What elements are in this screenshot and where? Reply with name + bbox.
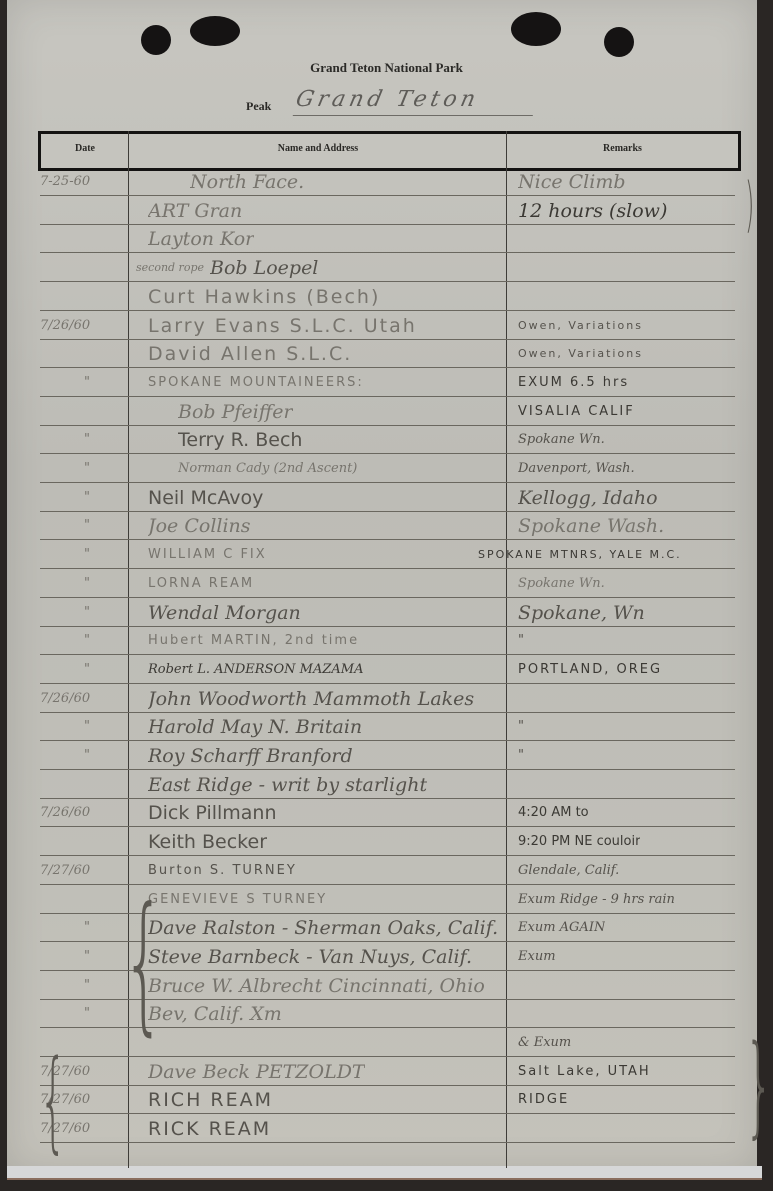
- entry-date: 7/26/60: [40, 315, 90, 337]
- entry-name: Joe Collins: [148, 515, 251, 537]
- entry-name: Wendal Morgan: [148, 602, 301, 624]
- ruled-line: [40, 1113, 735, 1114]
- entry-remarks: Owen, Variations: [518, 315, 643, 337]
- entry-remarks: 12 hours (slow): [518, 200, 667, 222]
- column-header-date: Date: [41, 134, 129, 168]
- entry-name: Larry Evans S.L.C. Utah: [148, 315, 417, 337]
- entry-date: ": [84, 659, 90, 681]
- entry-name: Dave Ralston - Sherman Oaks, Calif.: [148, 917, 498, 939]
- ruled-line: [40, 683, 735, 684]
- bracket-mark: {: [39, 1045, 67, 1155]
- entry-name: Layton Kor: [148, 228, 254, 250]
- column-header-remarks: Remarks: [507, 134, 738, 168]
- ruled-line: [40, 425, 735, 426]
- ruled-line: [40, 539, 735, 540]
- ruled-line: [40, 1142, 735, 1143]
- ruled-line: [40, 597, 735, 598]
- ruled-line: [40, 453, 735, 454]
- entry-name: Neil McAvoy: [148, 487, 263, 509]
- entry-remarks: & Exum: [518, 1032, 571, 1054]
- entry-remarks: Exum AGAIN: [518, 917, 605, 939]
- ruled-line: [40, 482, 735, 483]
- ruled-line: [40, 252, 735, 253]
- entry-name: SPOKANE MOUNTAINEERS:: [148, 372, 364, 394]
- ruled-line: [40, 826, 735, 827]
- page-bottom-edge: [7, 1166, 762, 1180]
- entry-date: ": [84, 1003, 90, 1025]
- ruled-line: [40, 712, 735, 713]
- entry-date: ": [84, 573, 90, 595]
- entry-date: ": [84, 917, 90, 939]
- ruled-line: [40, 367, 735, 368]
- ruled-line: [40, 855, 735, 856]
- table-header: Date Name and Address Remarks: [38, 131, 741, 171]
- entry-date: 7/26/60: [40, 802, 90, 824]
- form-title: Grand Teton National Park: [0, 60, 773, 76]
- entry-date: ": [84, 975, 90, 997]
- ruled-line: [40, 281, 735, 282]
- ruled-line: [40, 1056, 735, 1057]
- peak-label: Peak: [246, 99, 271, 114]
- entry-remarks: Salt Lake, UTAH: [518, 1061, 651, 1083]
- ruled-line: [40, 798, 735, 799]
- entry-name: GENEVIEVE S TURNEY: [148, 889, 327, 911]
- entry-date: ": [84, 429, 90, 451]
- ruled-line: [40, 626, 735, 627]
- entry-name: Harold May N. Britain: [148, 716, 362, 738]
- ruled-line: [40, 769, 735, 770]
- entry-name: RICH REAM: [148, 1089, 273, 1111]
- entry-date: 7/27/60: [40, 860, 90, 882]
- entry-name: John Woodworth Mammoth Lakes: [148, 688, 474, 710]
- entry-remarks: 4:20 AM to: [518, 802, 589, 824]
- entry-remarks: Owen, Variations: [518, 343, 643, 365]
- entry-remarks: ": [518, 716, 524, 738]
- entry-name: WILLIAM C FIX: [148, 544, 267, 566]
- entry-name: East Ridge - writ by starlight: [148, 774, 427, 796]
- entry-name: Norman Cady (2nd Ascent): [178, 458, 357, 480]
- entry-name: Dave Beck PETZOLDT: [148, 1061, 365, 1083]
- ruled-line: [40, 654, 735, 655]
- entry-remarks: Spokane Wash.: [518, 515, 664, 537]
- entry-remarks: Davenport, Wash.: [518, 458, 635, 480]
- ruled-line: [40, 511, 735, 512]
- entry-name: Bob Pfeiffer: [178, 401, 293, 423]
- entry-remarks: SPOKANE MTNRS, YALE M.C.: [478, 544, 682, 566]
- entry-remarks: RIDGE: [518, 1089, 569, 1111]
- binder-hole: [190, 16, 240, 46]
- entry-date: 7/26/60: [40, 688, 90, 710]
- entry-remarks: Exum Ridge - 9 hrs rain: [518, 889, 675, 911]
- entry-date: ": [84, 716, 90, 738]
- entry-name: Roy Scharff Branford: [148, 745, 353, 767]
- entry-remarks: Spokane Wn.: [518, 573, 605, 595]
- entry-name: ART Gran: [148, 200, 242, 222]
- entry-date: ": [84, 372, 90, 394]
- entry-remarks: Nice Climb: [518, 171, 626, 193]
- entry-remarks: Spokane Wn.: [518, 429, 605, 451]
- entry-remarks: Glendale, Calif.: [518, 860, 619, 882]
- entry-date: ": [84, 458, 90, 480]
- entry-remarks: 9:20 PM NE couloir: [518, 831, 640, 853]
- bracket-mark: ): [745, 175, 754, 235]
- entry-date: ": [84, 946, 90, 968]
- entry-name: Bob Loepel: [210, 257, 318, 279]
- entry-note: second rope: [136, 257, 204, 279]
- ruled-line: [40, 339, 735, 340]
- entry-name: Curt Hawkins (Bech): [148, 286, 380, 308]
- entry-date: ": [84, 515, 90, 537]
- entry-name: Steve Barnbeck - Van Nuys, Calif.: [148, 946, 472, 968]
- entry-date: ": [84, 544, 90, 566]
- entry-name: David Allen S.L.C.: [148, 343, 352, 365]
- entry-remarks: Kellogg, Idaho: [518, 487, 658, 509]
- entry-remarks: EXUM 6.5 hrs: [518, 372, 629, 394]
- entry-remarks: ": [518, 630, 524, 652]
- entry-name: Dick Pillmann: [148, 802, 277, 824]
- entry-date: ": [84, 745, 90, 767]
- ruled-line: [40, 568, 735, 569]
- entry-name: Bruce W. Albrecht Cincinnati, Ohio: [148, 975, 485, 997]
- binder-hole: [141, 25, 171, 55]
- ruled-line: [40, 1085, 735, 1086]
- entry-date: ": [84, 630, 90, 652]
- bracket-mark: }: [745, 1030, 773, 1140]
- entry-remarks: Exum: [518, 946, 556, 968]
- entry-name: Burton S. TURNEY: [148, 860, 297, 882]
- entry-date: ": [84, 602, 90, 624]
- entry-name: Bev, Calif. Xm: [148, 1003, 282, 1025]
- entry-name: RICK REAM: [148, 1118, 271, 1140]
- entry-name: North Face.: [190, 171, 304, 193]
- binder-hole: [604, 27, 634, 57]
- entry-remarks: VISALIA CALIF: [518, 401, 635, 423]
- entry-name: Terry R. Bech: [178, 429, 302, 451]
- entry-date: 7-25-60: [40, 171, 90, 193]
- entry-remarks: ": [518, 745, 524, 767]
- ruled-line: [40, 310, 735, 311]
- ruled-line: [40, 740, 735, 741]
- ruled-line: [40, 195, 735, 196]
- entry-name: Keith Becker: [148, 831, 267, 853]
- ruled-line: [40, 224, 735, 225]
- remarks-column-divider: [506, 131, 507, 1168]
- entry-remarks: Spokane, Wn: [518, 602, 645, 624]
- bracket-mark: {: [122, 888, 165, 1038]
- entry-name: LORNA REAM: [148, 573, 254, 595]
- binder-hole: [511, 12, 561, 46]
- ruled-line: [40, 396, 735, 397]
- entry-name: Hubert MARTIN, 2nd time: [148, 630, 359, 652]
- entry-remarks: PORTLAND, OREG: [518, 659, 662, 681]
- peak-value: Grand Teton: [293, 85, 540, 116]
- entry-name: Robert L. ANDERSON MAZAMA: [148, 659, 363, 681]
- entry-date: ": [84, 487, 90, 509]
- column-header-name: Name and Address: [129, 134, 507, 168]
